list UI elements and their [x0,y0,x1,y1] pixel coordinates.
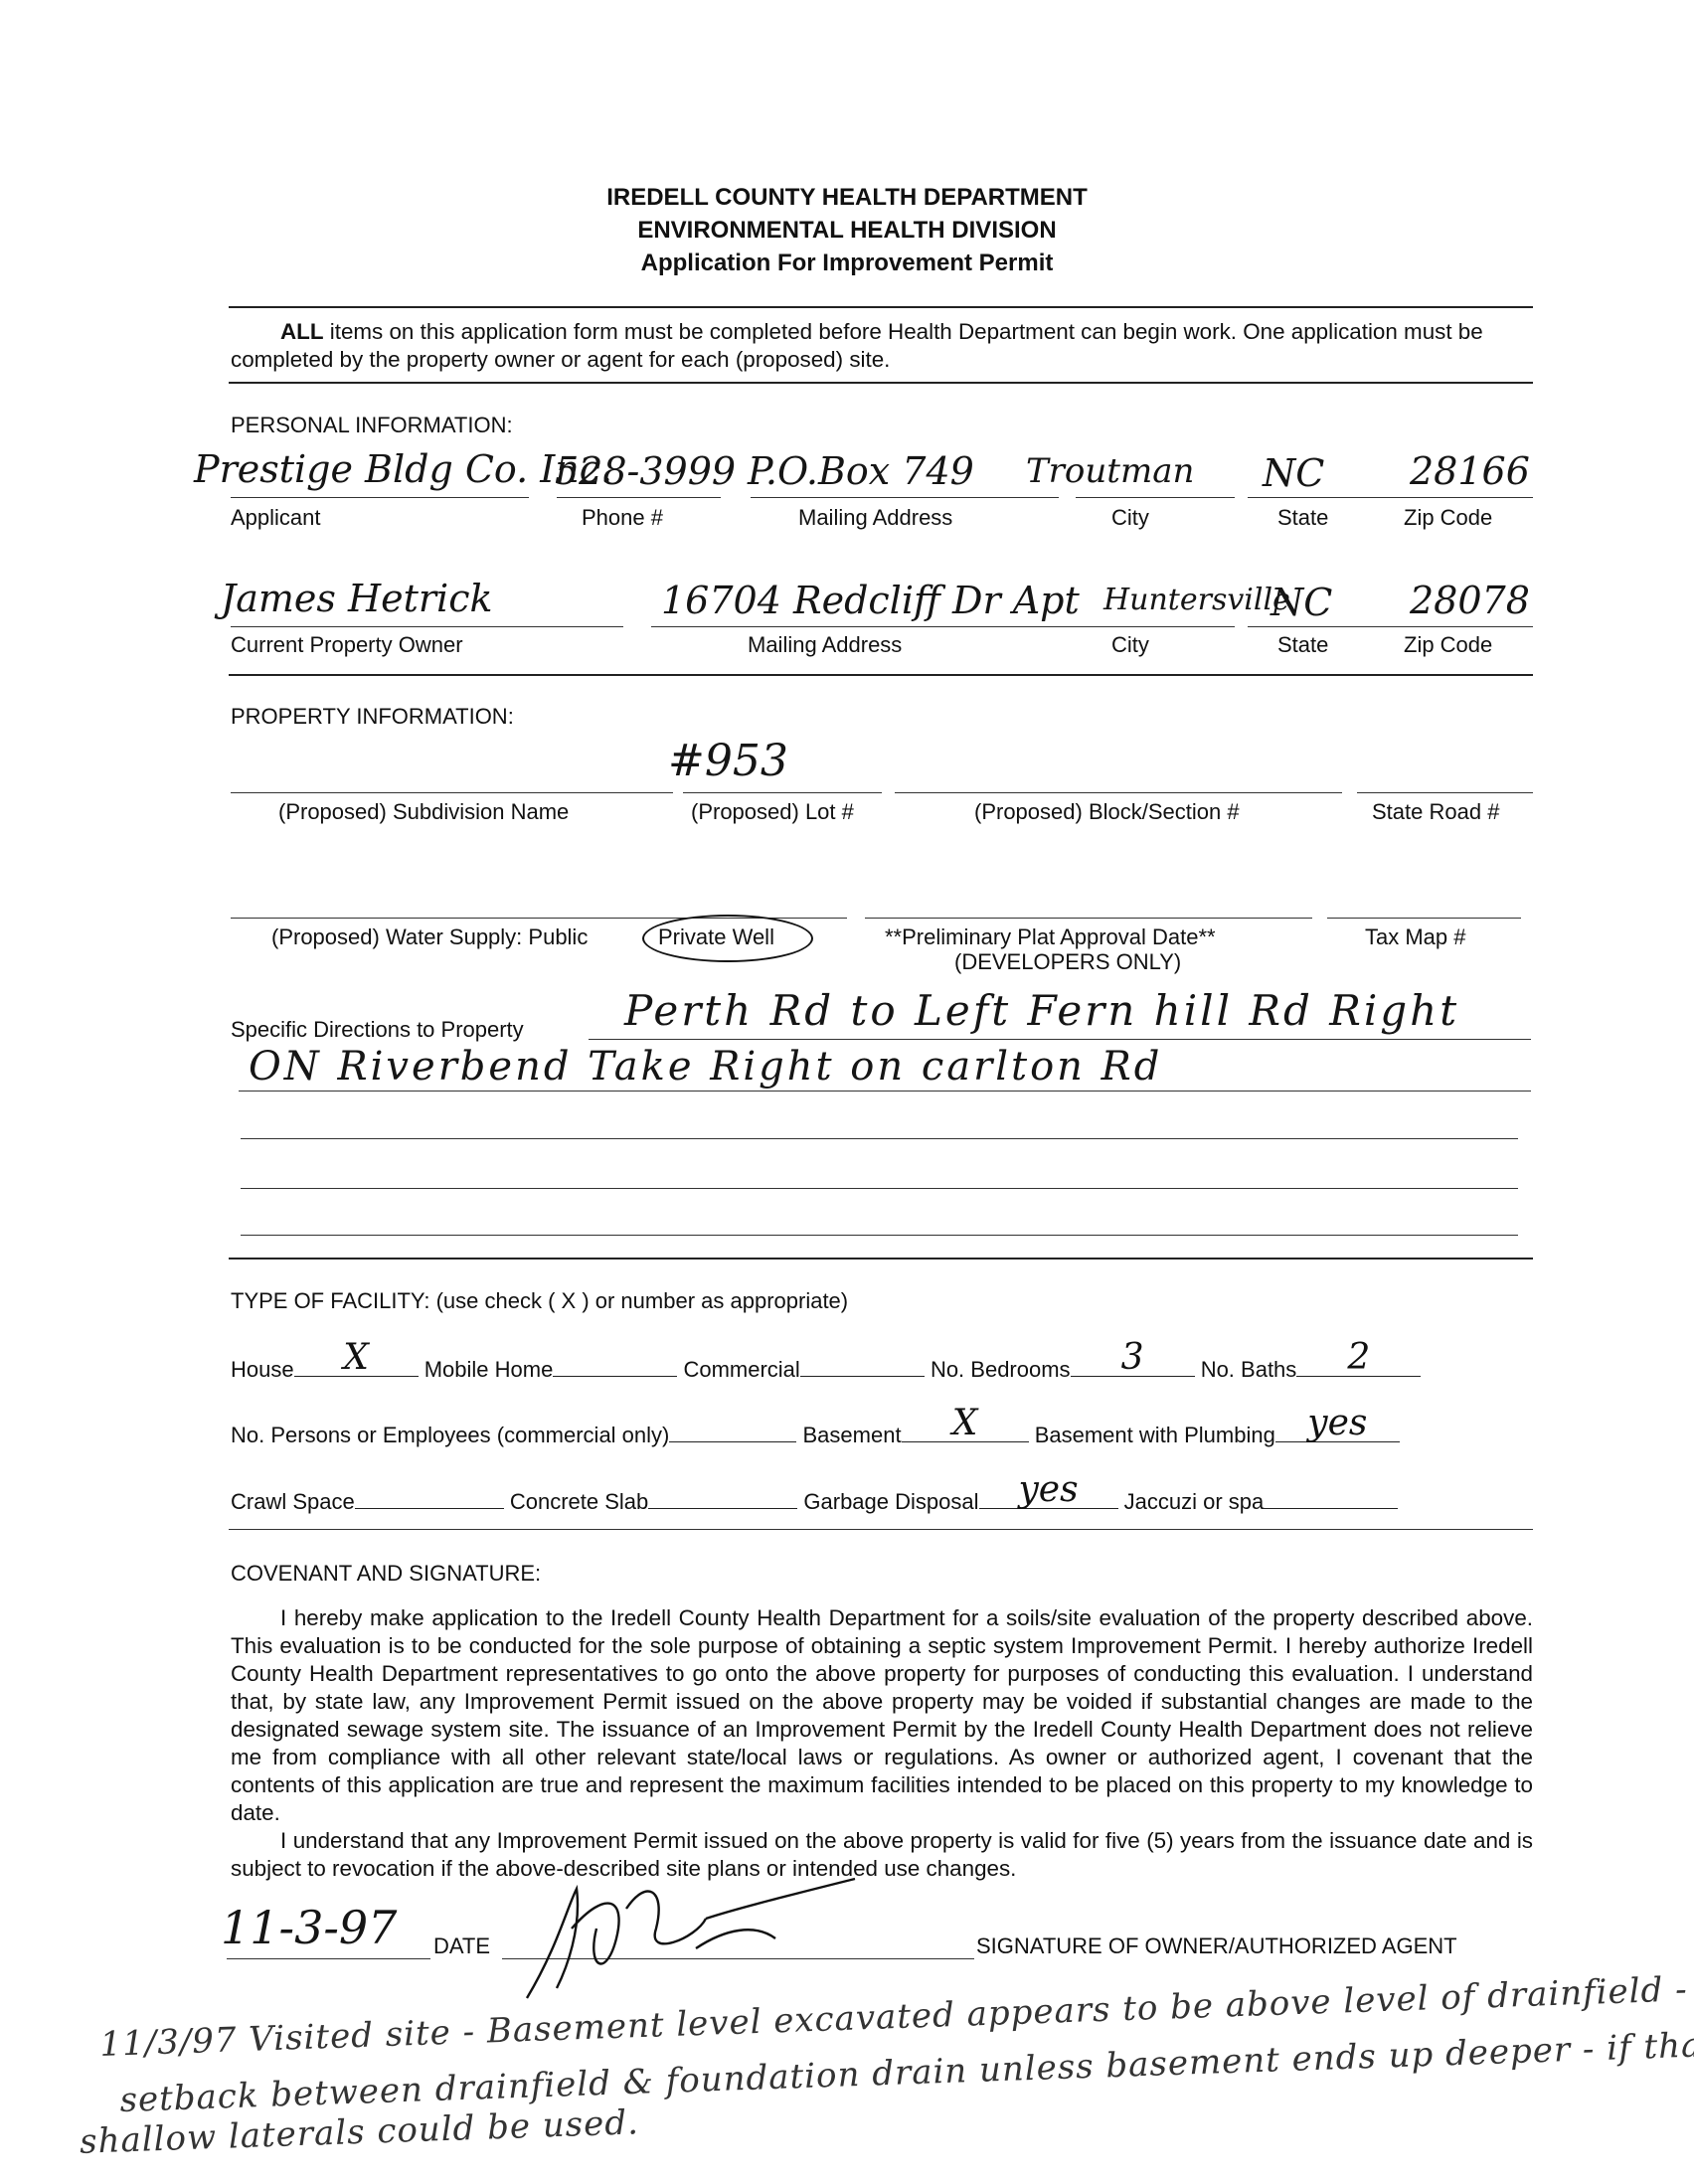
form-title: Application For Improvement Permit [0,249,1694,278]
persons-label: No. Persons or Employees (commercial onl… [231,1423,669,1447]
applicant-state-value[interactable]: NC [1263,451,1324,495]
date-line [227,1958,430,1959]
baths-field[interactable]: 2 [1296,1354,1421,1377]
jacuzzi-label: Jaccuzi or spa [1124,1489,1265,1514]
applicant-zip-value[interactable]: 28166 [1410,449,1530,493]
owner-address-line [651,626,1079,627]
concrete-slab-label: Concrete Slab [510,1489,648,1514]
subdivision-label: (Proposed) Subdivision Name [278,799,569,825]
intro-body: items on this application form must be c… [231,319,1483,372]
signature-label: SIGNATURE OF OWNER/AUTHORIZED AGENT [976,1933,1457,1959]
block-line [895,792,1342,793]
lot-line [683,792,882,793]
plat-label: **Preliminary Plat Approval Date** [885,924,1216,950]
garbage-disposal-field[interactable]: yes [979,1486,1118,1509]
lot-value[interactable]: #953 [668,736,788,786]
basement-plumbing-field[interactable]: yes [1275,1420,1400,1442]
applicant-value[interactable]: Prestige Bldg Co. Inc. [194,447,612,491]
lot-label: (Proposed) Lot # [691,799,854,825]
property-info-heading: PROPERTY INFORMATION: [231,704,514,730]
personal-info-heading: PERSONAL INFORMATION: [231,413,513,438]
covenant-paragraph-1: I hereby make application to the Iredell… [231,1604,1533,1827]
owner-state-label: State [1277,632,1328,658]
address-label: Mailing Address [798,505,952,531]
phone-line [557,497,721,498]
block-label: (Proposed) Block/Section # [974,799,1240,825]
mobile-home-label: Mobile Home [424,1357,554,1382]
concrete-slab-field[interactable] [648,1486,797,1509]
owner-zip-label: Zip Code [1404,632,1492,658]
phone-label: Phone # [582,505,663,531]
owner-city-line [1076,626,1235,627]
bedrooms-label: No. Bedrooms [931,1357,1071,1382]
directions-line-1 [589,1039,1531,1040]
owner-state-line [1248,626,1397,627]
owner-state-value[interactable]: NC [1270,581,1332,624]
owner-zip-value[interactable]: 28078 [1410,579,1530,622]
facility-heading: TYPE OF FACILITY: (use check ( X ) or nu… [231,1288,848,1314]
covenant-text: I hereby make application to the Iredell… [231,1604,1533,1883]
divider [229,1529,1533,1530]
taxmap-line [1327,918,1521,919]
covenant-heading: COVENANT AND SIGNATURE: [231,1561,541,1587]
city-line [1076,497,1235,498]
directions-line-4 [241,1188,1518,1189]
divider [229,674,1533,676]
owner-line [231,626,623,627]
selection-circle [642,915,813,962]
owner-zip-line [1392,626,1533,627]
basement-label: Basement [803,1423,902,1447]
covenant-paragraph-2: I understand that any Improvement Permit… [231,1827,1533,1883]
water-supply-label: (Proposed) Water Supply: Public [271,924,588,950]
commercial-label: Commercial [683,1357,799,1382]
divider [229,306,1533,308]
owner-city-value[interactable]: Huntersville [1103,583,1290,617]
directions-label: Specific Directions to Property [231,1017,524,1043]
road-line [1357,792,1533,793]
garbage-disposal-label: Garbage Disposal [803,1489,978,1514]
jacuzzi-field[interactable] [1264,1486,1398,1509]
crawl-space-label: Crawl Space [231,1489,355,1514]
plat-line [865,918,1312,919]
applicant-label: Applicant [231,505,321,531]
applicant-address-value[interactable]: P.O.Box 749 [748,449,974,493]
divider [229,1258,1533,1260]
owner-city-label: City [1111,632,1149,658]
plat-sublabel: (DEVELOPERS ONLY) [954,949,1181,975]
address-line [751,497,1059,498]
taxmap-label: Tax Map # [1365,924,1466,950]
baths-label: No. Baths [1201,1357,1297,1382]
directions-line-5 [241,1235,1518,1236]
owner-label: Current Property Owner [231,632,463,658]
state-label: State [1277,505,1328,531]
applicant-line [231,497,529,498]
mobile-home-field[interactable] [553,1354,677,1377]
house-field[interactable]: X [294,1354,419,1377]
intro-bold: ALL [280,319,324,344]
agency-title: IREDELL COUNTY HEALTH DEPARTMENT [0,183,1694,213]
phone-value[interactable]: 528-3999 [555,449,736,493]
road-label: State Road # [1372,799,1499,825]
zip-label: Zip Code [1404,505,1492,531]
crawl-space-field[interactable] [355,1486,504,1509]
commercial-field[interactable] [800,1354,925,1377]
bedrooms-field[interactable]: 3 [1071,1354,1195,1377]
facility-row-3: Crawl Space Concrete Slab Garbage Dispos… [231,1486,1398,1515]
house-label: House [231,1357,294,1382]
persons-field[interactable] [669,1420,796,1442]
owner-value[interactable]: James Hetrick [221,577,493,620]
date-value[interactable]: 11-3-97 [221,1901,397,1954]
subdivision-line [231,792,673,793]
division-title: ENVIRONMENTAL HEALTH DIVISION [0,216,1694,246]
facility-row-2: No. Persons or Employees (commercial onl… [231,1420,1400,1448]
signature-scrawl[interactable] [497,1869,875,2008]
directions-value-2[interactable]: ON Riverbend Take Right on carlton Rd [249,1044,1162,1090]
directions-value-1[interactable]: Perth Rd to Left Fern hill Rd Right [624,986,1459,1035]
basement-field[interactable]: X [902,1420,1029,1442]
zip-line [1392,497,1533,498]
owner-address-value[interactable]: 16704 Redcliff Dr Apt [661,579,1080,622]
intro-text: ALL items on this application form must … [231,318,1533,374]
state-line [1248,497,1397,498]
directions-line-3 [241,1138,1518,1139]
city-label: City [1111,505,1149,531]
applicant-city-value[interactable]: Troutman [1026,451,1194,491]
directions-line-2 [239,1091,1531,1092]
facility-row-1: HouseX Mobile Home Commercial No. Bedroo… [231,1354,1421,1383]
owner-address-label: Mailing Address [748,632,902,658]
date-label: DATE [433,1933,490,1959]
divider [229,382,1533,384]
basement-plumbing-label: Basement with Plumbing [1035,1423,1275,1447]
